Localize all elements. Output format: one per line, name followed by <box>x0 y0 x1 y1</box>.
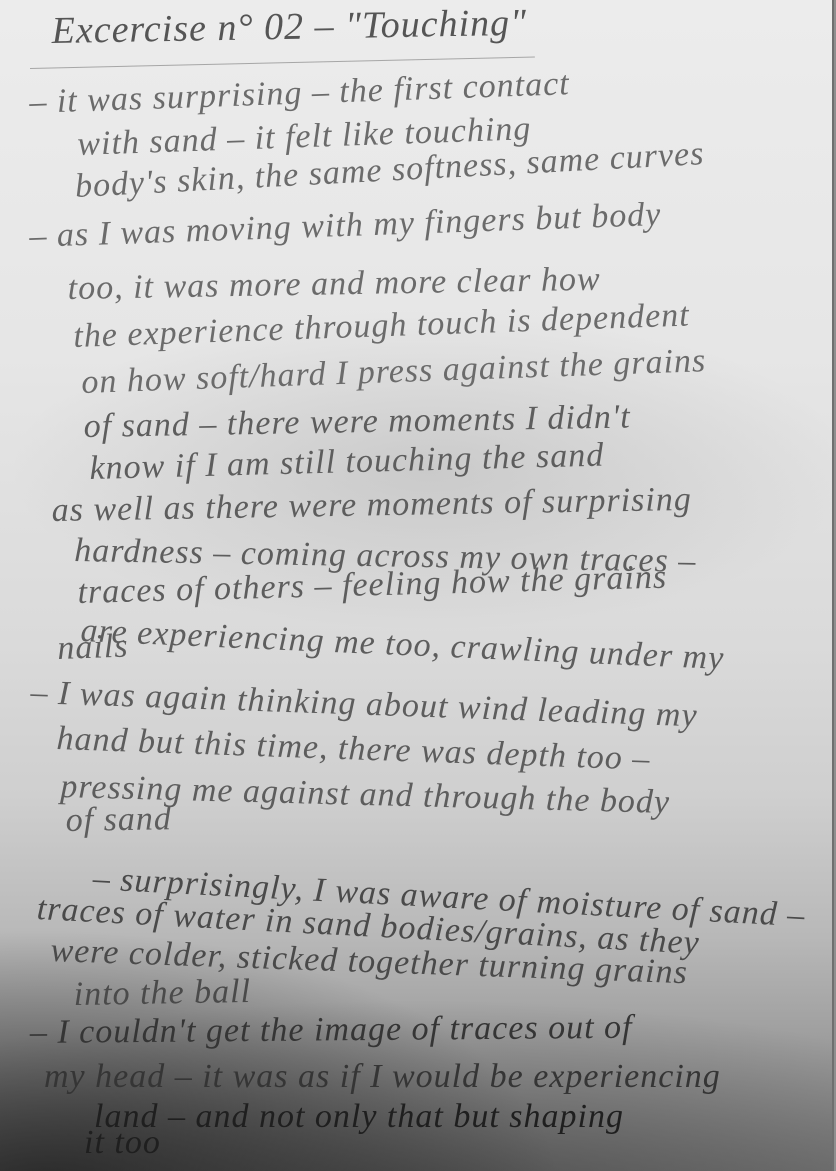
text-line: are experiencing me too, crawling under … <box>80 614 725 676</box>
page-title: Excercise n° 02 – "Touching" <box>51 4 527 50</box>
text-line: land – and not only that but shaping <box>94 1100 624 1134</box>
text-line: nails <box>57 630 129 666</box>
text-line: into the ball <box>73 975 251 1012</box>
page-edge-shadow <box>832 0 834 1171</box>
handwritten-page: Excercise n° 02 – "Touching" – it was su… <box>0 0 834 1171</box>
text-line: on how soft/hard I press against the gra… <box>81 344 707 400</box>
text-line: my head – it was as if I would be experi… <box>44 1060 721 1094</box>
title-underline <box>30 57 535 69</box>
text-line: – I couldn't get the image of traces out… <box>30 1011 633 1050</box>
text-line: of sand <box>65 802 172 838</box>
text-line: hand but this time, there was depth too … <box>56 722 651 777</box>
text-line: as well as there were moments of surpris… <box>51 483 692 528</box>
text-line: it too <box>84 1126 161 1160</box>
text-line: know if I am still touching the sand <box>89 439 605 486</box>
text-line: – as I was moving with my fingers but bo… <box>29 198 662 254</box>
text-line: too, it was more and more clear how <box>67 263 601 306</box>
